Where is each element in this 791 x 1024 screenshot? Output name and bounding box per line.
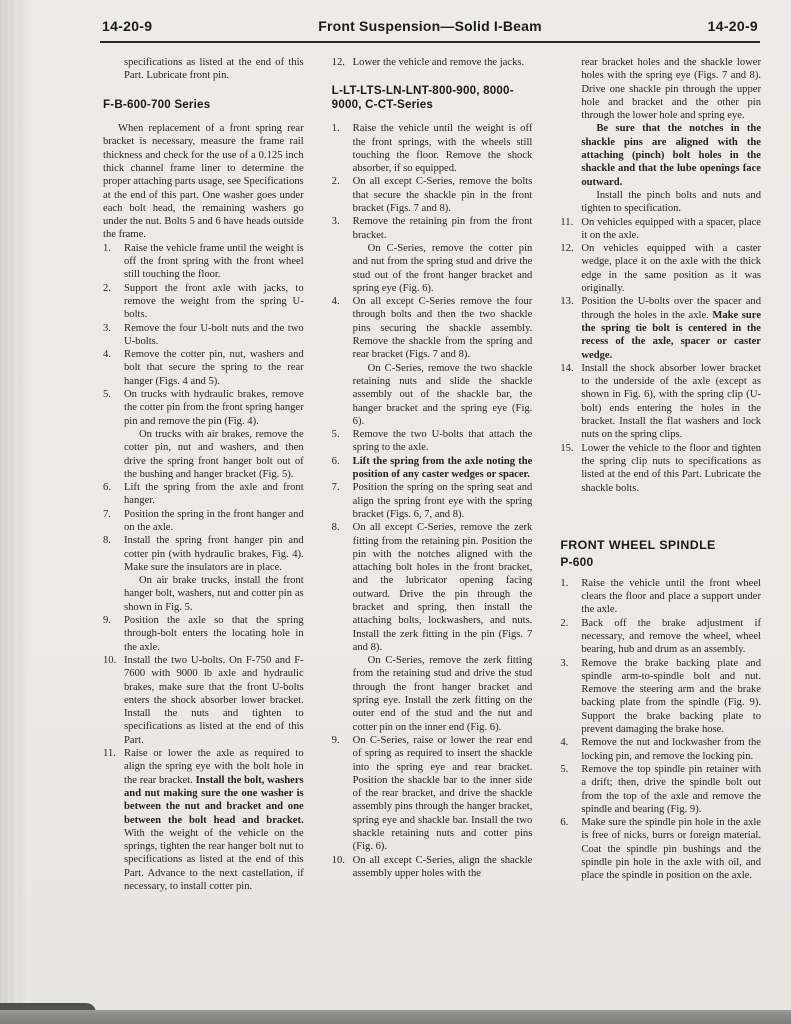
numbered-step: 3.Remove the brake backing plate and spi… [560,657,761,737]
body-text: Install the two U-bolts. On F-750 and F-… [124,655,304,746]
paragraph: Remove the four U-bolt nuts and the two … [124,322,304,349]
step-number: 8. [103,534,111,547]
step-number: 2. [103,282,111,295]
paragraph: Install the pinch bolts and nuts and tig… [581,189,761,216]
paragraph: Lift the spring from the axle noting the… [353,455,533,482]
body-text: On trucks with hydraulic brakes, remove … [124,389,304,427]
body-text: Make sure the spindle pin hole in the ax… [581,817,761,881]
page-content: specifications as listed at the end of t… [103,56,761,893]
step-number: 4. [560,736,568,749]
paragraph: Position the U-bolts over the spacer and… [581,295,761,361]
numbered-step: 4.Remove the cotter pin, nut, washers an… [103,348,304,388]
body-text: Remove the cotter pin, nut, washers and … [124,349,304,387]
page-header: 14-20-9 Front Suspension—Solid I-Beam 14… [102,18,758,40]
paragraph: On all except C-Series, remove the bolts… [353,175,533,215]
numbered-step: 1.Raise the vehicle until the front whee… [560,577,761,617]
paragraph: Install the two U-bolts. On F-750 and F-… [124,654,304,747]
bold-text: Lift the spring from the axle noting the… [353,456,533,480]
step-number: 1. [103,242,111,255]
body-text: Raise the vehicle until the weight is of… [353,123,533,174]
bold-text: Be sure that the notches in the shackle … [581,123,761,187]
page-bottom-edge [0,1010,791,1024]
body-text: With the weight of the vehicle on the sp… [124,828,304,892]
header-rule [100,41,760,43]
section-heading: FRONT WHEEL SPINDLE [560,539,761,553]
numbered-step: 11.Raise or lower the axle as required t… [103,747,304,893]
numbered-step: 9.On C-Series, raise or lower the rear e… [332,734,533,854]
body-text: Install the shock absorber lower bracket… [581,363,761,440]
body-text: Back off the brake adjustment if necessa… [581,618,761,656]
paragraph: Raise the vehicle frame until the weight… [124,242,304,282]
paragraph: On C-Series, raise or lower the rear end… [353,734,533,854]
body-text: On C-Series, remove the two shackle reta… [353,363,533,427]
body-text: On trucks with air brakes, remove the co… [124,429,304,480]
step-number: 7. [332,481,340,494]
body-text: Raise the vehicle frame until the weight… [124,243,304,281]
body-text: On all except C-Series, align the shackl… [353,855,533,879]
paragraph: rear bracket holes and the shackle lower… [581,56,761,122]
paragraph: Position the spring in the front hanger … [124,508,304,535]
body-text: Lower the vehicle to the floor and tight… [581,443,761,494]
step-number: 12. [560,242,573,255]
body-text: specifications as listed at the end of t… [124,57,304,81]
paragraph: On C-Series, remove the two shackle reta… [353,362,533,428]
body-text: On air brake trucks, install the front h… [124,575,304,613]
numbered-step: 6.Make sure the spindle pin hole in the … [560,816,761,882]
paragraph: Be sure that the notches in the shackle … [581,122,761,188]
body-text: On C-Series, remove the zerk fitting fro… [353,655,533,732]
paragraph: On C-Series, remove the zerk fitting fro… [353,654,533,734]
step-number: 10. [332,854,345,867]
section-heading: F-B-600-700 Series [103,98,304,112]
section-heading: L-LT-LTS-LN-LNT-800-900, 8000-9000, C-CT… [332,84,533,111]
continued-paragraph: specifications as listed at the end of t… [124,56,304,83]
step-number: 3. [560,657,568,670]
numbered-step: 1.Raise the vehicle frame until the weig… [103,242,304,282]
numbered-step: 14.Install the shock absorber lower brac… [560,362,761,442]
book-spine-edge [0,0,30,1024]
paragraph: Install the shock absorber lower bracket… [581,362,761,442]
numbered-step: 10.On all except C-Series, align the sha… [332,854,533,881]
column-2: 12.Lower the vehicle and remove the jack… [332,56,533,893]
paragraph: On trucks with air brakes, remove the co… [124,428,304,481]
paragraph: On C-Series, remove the cotter pin and n… [353,242,533,295]
step-number: 5. [560,763,568,776]
paragraph: Position the spring on the spring seat a… [353,481,533,521]
paragraph: Remove the top spindle pin retainer with… [581,763,761,816]
body-text: Position the spring in the front hanger … [124,509,304,533]
column-3: rear bracket holes and the shackle lower… [560,56,761,893]
step-number: 5. [332,428,340,441]
page-number-left: 14-20-9 [102,18,302,34]
paragraph: Remove the retaining pin from the front … [353,215,533,242]
paragraph: On trucks with hydraulic brakes, remove … [124,388,304,428]
step-number: 14. [560,362,573,375]
body-text: rear bracket holes and the shackle lower… [581,57,761,121]
numbered-step: 5.On trucks with hydraulic brakes, remov… [103,388,304,481]
body-text: Remove the brake backing plate and spind… [581,658,761,735]
numbered-step: 7.Position the spring on the spring seat… [332,481,533,521]
body-text: On all except C-Series remove the four t… [353,296,533,360]
numbered-step: 6.Lift the spring from the axle noting t… [332,455,533,482]
numbered-step: 2.Support the front axle with jacks, to … [103,282,304,322]
step-number: 8. [332,521,340,534]
paragraph: On all except C-Series, remove the zerk … [353,521,533,654]
manual-page: 14-20-9 Front Suspension—Solid I-Beam 14… [0,0,791,1024]
paragraph: Lower the vehicle and remove the jacks. [353,56,533,69]
body-text: Remove the retaining pin from the front … [353,216,533,240]
step-number: 5. [103,388,111,401]
step-number: 4. [103,348,111,361]
numbered-step: 7.Position the spring in the front hange… [103,508,304,535]
body-text: On all except C-Series, remove the zerk … [353,522,533,653]
numbered-step: 2.Back off the brake adjustment if neces… [560,617,761,657]
paragraph: On vehicles equipped with a caster wedge… [581,242,761,295]
paragraph: On all except C-Series, align the shackl… [353,854,533,881]
step-number: 10. [103,654,116,667]
paragraph: Raise or lower the axle as required to a… [124,747,304,893]
numbered-step: 5.Remove the top spindle pin retainer wi… [560,763,761,816]
body-text: Remove the four U-bolt nuts and the two … [124,323,304,347]
body-text: On all except C-Series, remove the bolts… [353,176,533,214]
numbered-step: 5.Remove the two U-bolts that attach the… [332,428,533,455]
paragraph: When replacement of a front spring rear … [103,122,304,242]
numbered-step: 8.Install the spring front hanger pin an… [103,534,304,614]
paragraph: Remove the two U-bolts that attach the s… [353,428,533,455]
step-number: 9. [103,614,111,627]
body-text: Remove the top spindle pin retainer with… [581,764,761,815]
step-number: 2. [560,617,568,630]
step-number: 11. [560,216,573,229]
numbered-step: 9.Position the axle so that the spring t… [103,614,304,654]
numbered-step: 3.Remove the retaining pin from the fron… [332,215,533,295]
body-text: On vehicles equipped with a caster wedge… [581,243,761,294]
numbered-step: 12.Lower the vehicle and remove the jack… [332,56,533,69]
step-number: 4. [332,295,340,308]
paragraph: On air brake trucks, install the front h… [124,574,304,614]
step-number: 6. [103,481,111,494]
paragraph: Lift the spring from the axle and front … [124,481,304,508]
numbered-step: 6.Lift the spring from the axle and fron… [103,481,304,508]
step-number: 3. [332,215,340,228]
paragraph: Raise the vehicle until the front wheel … [581,577,761,617]
numbered-step: 1.Raise the vehicle until the weight is … [332,122,533,175]
body-text: When replacement of a front spring rear … [103,123,304,240]
numbered-step: 4.On all except C-Series remove the four… [332,295,533,428]
body-text: Position the axle so that the spring thr… [124,615,304,653]
step-number: 7. [103,508,111,521]
body-text: On vehicles equipped with a spacer, plac… [581,217,761,241]
body-text: Raise the vehicle until the front wheel … [581,578,761,616]
paragraph: Support the front axle with jacks, to re… [124,282,304,322]
body-text: Lower the vehicle and remove the jacks. [353,57,525,68]
step-number: 1. [560,577,568,590]
column-1: specifications as listed at the end of t… [103,56,304,893]
body-text: Position the spring on the spring seat a… [353,482,533,520]
paragraph: Remove the nut and lockwasher from the l… [581,736,761,763]
page-number-right: 14-20-9 [558,18,758,34]
paragraph: Position the axle so that the spring thr… [124,614,304,654]
body-text: Remove the nut and lockwasher from the l… [581,737,761,761]
step-number: 6. [332,455,340,468]
paragraph: Raise the vehicle until the weight is of… [353,122,533,175]
numbered-step: 12.On vehicles equipped with a caster we… [560,242,761,295]
numbered-step: 3.Remove the four U-bolt nuts and the tw… [103,322,304,349]
paragraph: Lower the vehicle to the floor and tight… [581,442,761,495]
body-text: On C-Series, remove the cotter pin and n… [353,243,533,294]
paragraph: On all except C-Series remove the four t… [353,295,533,361]
paragraph: Remove the cotter pin, nut, washers and … [124,348,304,388]
body-text: Install the pinch bolts and nuts and tig… [581,190,761,214]
body-text: Support the front axle with jacks, to re… [124,283,304,321]
step-number: 3. [103,322,111,335]
paragraph: Remove the brake backing plate and spind… [581,657,761,737]
step-number: 1. [332,122,340,135]
step-number: 12. [332,56,345,69]
numbered-step: 15.Lower the vehicle to the floor and ti… [560,442,761,495]
numbered-step: 13.Position the U-bolts over the spacer … [560,295,761,361]
body-text: Remove the two U-bolts that attach the s… [353,429,533,453]
body-text: On C-Series, raise or lower the rear end… [353,735,533,852]
numbered-step: 4.Remove the nut and lockwasher from the… [560,736,761,763]
paragraph: Make sure the spindle pin hole in the ax… [581,816,761,882]
paragraph: specifications as listed at the end of t… [124,56,304,83]
step-number: 6. [560,816,568,829]
body-text: Install the spring front hanger pin and … [124,535,304,573]
body-text: Lift the spring from the axle and front … [124,482,304,506]
numbered-step: 2.On all except C-Series, remove the bol… [332,175,533,215]
continued-paragraph: rear bracket holes and the shackle lower… [581,56,761,216]
step-number: 9. [332,734,340,747]
paragraph: Back off the brake adjustment if necessa… [581,617,761,657]
page-title: Front Suspension—Solid I-Beam [302,18,558,34]
step-number: 15. [560,442,573,455]
step-number: 11. [103,747,116,760]
numbered-step: 11.On vehicles equipped with a spacer, p… [560,216,761,243]
section-heading: P-600 [560,556,761,570]
paragraph: On vehicles equipped with a spacer, plac… [581,216,761,243]
step-number: 2. [332,175,340,188]
numbered-step: 8.On all except C-Series, remove the zer… [332,521,533,734]
paragraph: Install the spring front hanger pin and … [124,534,304,574]
numbered-step: 10.Install the two U-bolts. On F-750 and… [103,654,304,747]
step-number: 13. [560,295,573,308]
